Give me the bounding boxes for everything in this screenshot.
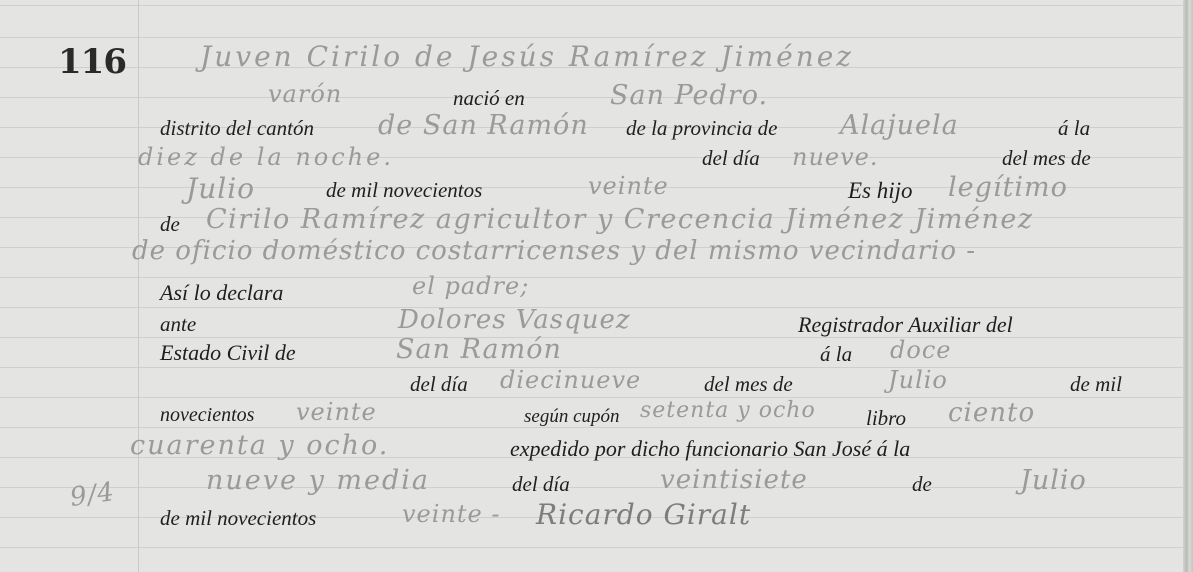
libro-number-cont: cuarenta y ocho.	[130, 430, 389, 461]
label-a-la-1: á la	[1058, 116, 1090, 141]
provincia: Alajuela	[840, 110, 959, 141]
issue-year: veinte -	[402, 500, 500, 528]
signature: Ricardo Giralt	[536, 498, 751, 531]
label-del-mes-1: del mes de	[1002, 146, 1091, 171]
birth-year: veinte	[588, 172, 669, 200]
legitimacy: legítimo	[948, 172, 1068, 203]
issue-hour: nueve y media	[206, 465, 430, 496]
registry-month: Julio	[888, 366, 948, 394]
declarant: el padre;	[412, 272, 529, 300]
label-estado-civil: Estado Civil de	[160, 340, 296, 366]
libro-number: ciento	[948, 398, 1035, 428]
label-registrador: Registrador Auxiliar del	[798, 312, 1013, 338]
issue-month: Julio	[1020, 465, 1087, 496]
registry-hour: doce	[890, 336, 951, 364]
margin-rule	[138, 0, 139, 572]
label-distrito-canton: distrito del cantón	[160, 116, 314, 141]
page-edge	[1183, 0, 1193, 572]
label-provincia: de la provincia de	[626, 116, 777, 141]
cupon-number: setenta y ocho	[640, 398, 816, 423]
label-segun-cupon: según cupón	[524, 406, 620, 428]
entry-number: 116	[58, 42, 126, 82]
label-del-dia-2: del día	[410, 372, 468, 397]
register-page: 116 9/4 Juven Cirilo de Jesús Ramírez Ji…	[0, 0, 1193, 572]
label-es-hijo: Es hijo	[848, 178, 913, 204]
label-libro: libro	[866, 406, 906, 431]
label-a-la-2: á la	[820, 342, 852, 367]
issue-day: veintisiete	[660, 465, 808, 495]
registrar-name: Dolores Vasquez	[398, 305, 631, 335]
label-del-mes-2: del mes de	[704, 372, 793, 397]
label-novecientos: novecientos	[160, 404, 254, 427]
birth-month: Julio	[186, 172, 255, 205]
canton: de San Ramón	[378, 110, 589, 141]
label-de-mil-1: de mil novecientos	[326, 178, 482, 203]
registry-day: diecinueve	[500, 366, 641, 394]
label-ante: ante	[160, 312, 196, 337]
birth-place: San Pedro.	[610, 80, 768, 111]
registry-place: San Ramón	[396, 334, 562, 365]
label-de-parents: de	[160, 212, 180, 237]
registry-year: veinte	[296, 398, 377, 426]
child-name: Juven Cirilo de Jesús Ramírez Jiménez	[200, 40, 854, 73]
birth-day: nueve.	[792, 143, 879, 171]
margin-note: 9/4	[68, 477, 117, 513]
label-asi-lo-declara: Así lo declara	[160, 280, 283, 306]
label-de-mil-2: de mil	[1070, 372, 1122, 397]
label-nacio-en: nació en	[453, 86, 525, 111]
parents: Cirilo Ramírez agricultor y Crecencia Ji…	[206, 204, 1034, 235]
birth-hour: diez de la noche.	[138, 143, 394, 171]
label-de-mil-3: de mil novecientos	[160, 506, 316, 531]
parents-detail: de oficio doméstico costarricenses y del…	[132, 236, 976, 266]
label-expedido: expedido por dicho funcionario San José …	[510, 436, 910, 462]
label-del-dia-1: del día	[702, 146, 760, 171]
child-sex: varón	[268, 80, 342, 108]
label-del-dia-3: del día	[512, 472, 570, 497]
label-de-month: de	[912, 472, 932, 497]
